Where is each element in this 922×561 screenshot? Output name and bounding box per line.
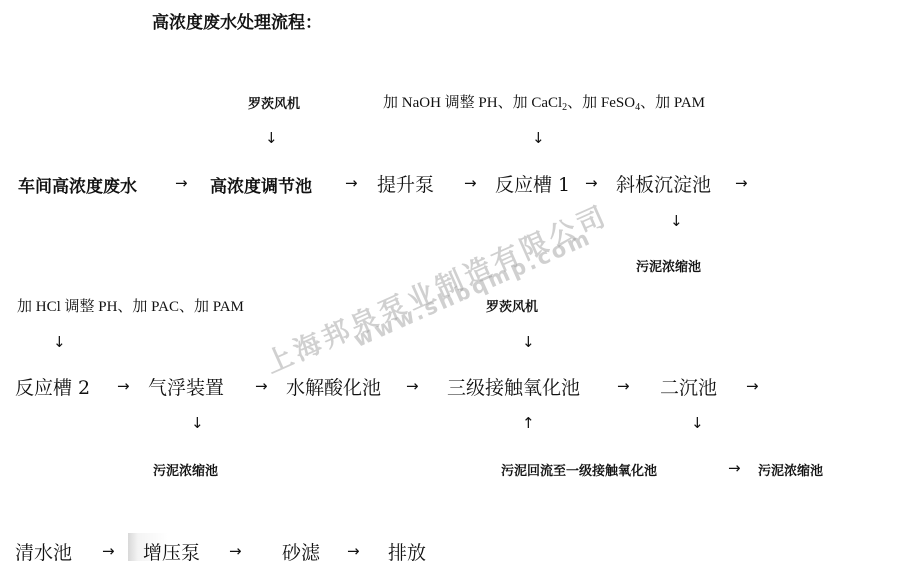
node-reaction-tank-1: 反应槽 1 [495,170,570,197]
node-clear-water-tank: 清水池 [15,538,72,561]
right-arrow-icon: → [585,174,598,192]
right-arrow-icon: → [735,174,748,192]
row2-sludge-thickener-secondary: 污泥浓缩池 [758,460,823,479]
right-arrow-icon: → [617,377,630,395]
row1-blower-label: 罗茨风机 [248,93,300,112]
node-inclined-plate-settler: 斜板沉淀池 [616,170,711,197]
row2-sludge-thickener-flotation: 污泥浓缩池 [153,460,218,479]
node-contact-oxidation-3stage: 三级接触氧化池 [447,373,580,400]
node-discharge: 排放 [388,538,426,561]
right-arrow-icon: → [117,377,130,395]
node-secondary-clarifier: 二沉池 [660,373,717,400]
flotation-down-arrow-icon: ↓ [191,414,204,432]
right-arrow-icon: → [175,174,188,192]
right-arrow-icon: → [746,377,759,395]
chem-text-1: 加 NaOH 调整 PH、加 CaCl [383,95,562,111]
right-arrow-icon: → [347,542,360,560]
row2-chemicals-down-arrow-icon: ↓ [53,333,66,351]
chem-text-2: 、加 FeSO [567,95,635,111]
watermark-company: 上海邦泉泵业制造有限公司 [258,194,614,381]
right-arrow-icon: → [464,174,477,192]
row1-chemicals-down-arrow-icon: ↓ [532,129,545,147]
node-air-flotation: 气浮装置 [148,373,224,400]
row2-sludge-return: 污泥回流至一级接触氧化池 [501,460,657,479]
return-up-arrow-icon: ↑ [522,414,535,432]
row1-blower-down-arrow-icon: ↓ [265,129,278,147]
row1-chemicals-label: 加 NaOH 调整 PH、加 CaCl2、加 FeSO4、加 PAM [383,91,705,113]
row1-sludge-thickener: 污泥浓缩池 [636,256,701,275]
right-arrow-icon: → [406,377,419,395]
settler-down-arrow-icon: ↓ [670,212,683,230]
node-lift-pump: 提升泵 [377,170,434,197]
node-workshop-wastewater: 车间高浓度废水 [18,172,137,197]
right-arrow-icon: → [255,377,268,395]
right-arrow-icon: → [102,542,115,560]
diagram-title: 高浓度废水处理流程： [152,8,322,33]
right-arrow-icon: → [229,542,242,560]
chem-text-3: 、加 PAM [640,95,705,111]
row2-blower-label: 罗茨风机 [486,296,538,315]
right-arrow-icon: → [728,459,741,477]
right-arrow-icon: → [345,174,358,192]
row2-chemicals-label: 加 HCl 调整 PH、加 PAC、加 PAM [17,295,244,316]
node-hydrolysis-acidification: 水解酸化池 [286,373,381,400]
node-booster-pump: 增压泵 [143,538,200,561]
node-reaction-tank-2: 反应槽 2 [15,373,90,400]
node-equalization-tank: 高浓度调节池 [210,172,312,197]
row2-blower-down-arrow-icon: ↓ [522,333,535,351]
node-sand-filter: 砂滤 [282,538,320,561]
clarifier-down-arrow-icon: ↓ [691,414,704,432]
